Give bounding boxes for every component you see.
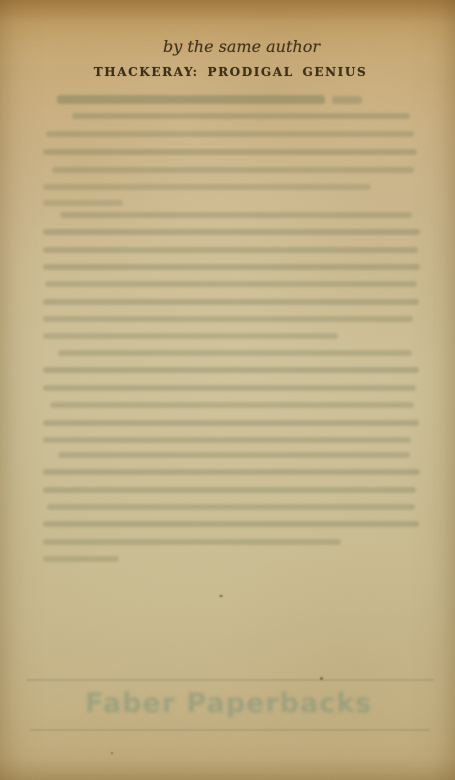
ghost-text-line bbox=[43, 367, 419, 373]
ghost-text-line bbox=[43, 385, 416, 391]
ghost-text-line bbox=[45, 281, 417, 287]
ghost-text-line bbox=[58, 350, 412, 356]
showthrough-box-bottom-rule bbox=[30, 729, 430, 731]
ghost-text-line bbox=[46, 131, 414, 137]
showthrough-layer bbox=[0, 0, 455, 780]
ghost-text-line bbox=[57, 95, 325, 104]
ghost-text-line bbox=[43, 469, 420, 475]
ghost-text-line bbox=[43, 487, 416, 493]
ghost-text-line bbox=[43, 556, 119, 562]
ghost-text-line bbox=[43, 437, 411, 443]
paper-mottling bbox=[0, 0, 455, 780]
paper-speck bbox=[219, 595, 223, 597]
ghost-text-line bbox=[60, 212, 412, 218]
ghost-text-line bbox=[43, 149, 417, 155]
ghost-text-line bbox=[43, 264, 420, 270]
ghost-text-line bbox=[58, 452, 410, 458]
ghost-text-line bbox=[52, 167, 414, 173]
ghost-text-line bbox=[43, 521, 419, 527]
showthrough-publisher-brand: Faber Paperbacks bbox=[85, 688, 372, 719]
ghost-text-line bbox=[43, 229, 420, 235]
page-vignette bbox=[0, 0, 455, 780]
ghost-text-line bbox=[332, 96, 362, 104]
scanned-book-page: by the same author THACKERAY: PRODIGAL G… bbox=[0, 0, 455, 780]
ghost-text-line bbox=[43, 316, 413, 322]
ghost-text-line bbox=[43, 184, 371, 190]
paper-speck bbox=[111, 752, 113, 754]
ghost-text-line bbox=[43, 539, 341, 545]
ghost-text-line bbox=[43, 299, 419, 305]
paper-speck bbox=[320, 677, 323, 680]
ghost-text-line bbox=[43, 247, 418, 253]
ghost-text-line bbox=[43, 333, 338, 339]
other-work-title: THACKERAY: PRODIGAL GENIUS bbox=[3, 64, 455, 80]
showthrough-box-top-rule bbox=[26, 679, 434, 681]
ghost-text-line bbox=[43, 420, 419, 426]
ghost-text-line bbox=[72, 113, 410, 119]
ghost-text-line bbox=[50, 402, 414, 408]
paper-grain-texture bbox=[0, 0, 455, 780]
ghost-text-line bbox=[43, 200, 123, 206]
byline: by the same author bbox=[14, 37, 455, 57]
ghost-text-line bbox=[47, 504, 415, 510]
